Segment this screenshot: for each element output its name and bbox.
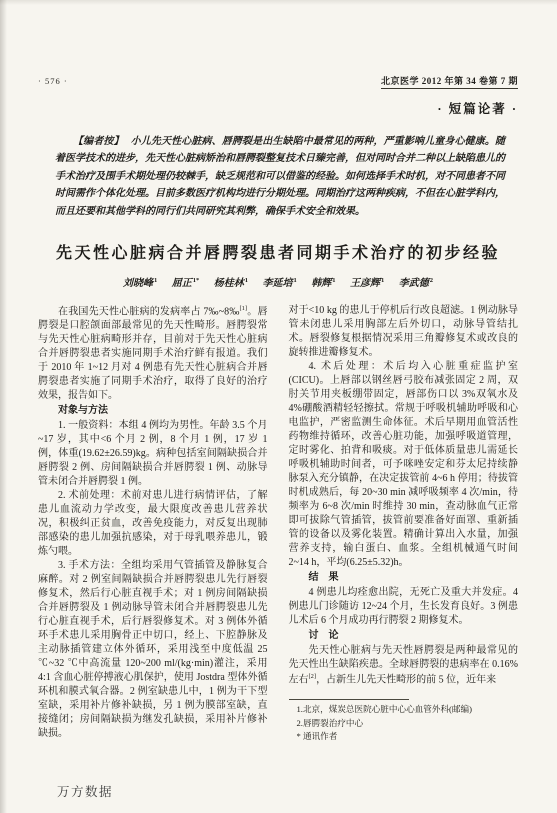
- footnote-affiliation-2: 2.唇腭裂治疗中心: [289, 717, 519, 730]
- article-title: 先天性心脏病合并唇腭裂患者同期手术治疗的初步经验: [38, 240, 518, 263]
- paragraph-results: 4 例患儿均痊愈出院，无死亡及重大并发症。4 例患儿门诊随访 12~24 个月，…: [289, 586, 519, 628]
- editor-note-label: 【编者按】: [73, 136, 124, 147]
- author-affiliation-mark: 1: [294, 277, 297, 284]
- editor-note-text: 小儿先天性心脏病、唇腭裂是出生缺陷中最常见的两种，严重影响儿童身心健康。随着医学…: [55, 136, 505, 217]
- right-column: 对于<10 kg 的患儿于停机后行改良超滤。1 例动脉导管未闭患儿采用胸部左后外…: [289, 304, 519, 743]
- author: 刘晓峰1: [123, 278, 157, 289]
- left-column: 在我国先天性心脏病的发病率占 7‰~8‰[1]。唇腭裂是口腔颌面部最常见的先天性…: [38, 304, 268, 743]
- journal-issue-header: 北京医学 2012 年第 34 卷第 7 期: [381, 74, 518, 89]
- paragraph-surgical-method-continued: 对于<10 kg 的患儿于停机后行改良超滤。1 例动脉导管未闭患儿采用胸部左后外…: [289, 304, 519, 360]
- paragraph-surgical-method: 3. 手术方法：全组均采用气管插管及静脉复合麻醉。对 2 例室间隔缺损合并唇腭裂…: [38, 559, 268, 741]
- page-number: · 576 ·: [38, 76, 68, 86]
- intro-text: 。唇腭裂是口腔颌面部最常见的先天性畸形。唇腭裂常与先天性心脏病畸形并存，目前对于…: [38, 306, 268, 401]
- paragraph-postop: 4. 术后处理：术后均入心脏重症监护室(CICU)。上唇部以钢丝唇弓胶布减张固定…: [289, 360, 519, 570]
- editor-note-paragraph: 【编者按】小儿先天性心脏病、唇腭裂是出生缺陷中最常见的两种，严重影响儿童身心健康…: [55, 133, 505, 220]
- author-affiliation-mark: 1: [245, 277, 248, 284]
- article-body: 在我国先天性心脏病的发病率占 7‰~8‰[1]。唇腭裂是口腔颌面部最常见的先天性…: [38, 304, 518, 743]
- discussion-text: ，占新生儿先天性畸形的前 5 位，近年来: [316, 674, 496, 685]
- author: 杨桂林1: [214, 278, 248, 289]
- author: 韩辉1: [311, 278, 335, 289]
- author-name: 王彦辉: [350, 278, 380, 289]
- paragraph-preop: 2. 术前处理：术前对患儿进行病情评估，了解患儿血流动力学改变，最大限度改善患儿…: [38, 489, 268, 559]
- reference-mark-2: [2]: [309, 673, 317, 680]
- author-affiliation-mark: 1: [381, 277, 384, 284]
- author: 李延培1: [263, 278, 297, 289]
- author-name: 屈正: [172, 278, 192, 289]
- footnote-divider: [289, 699, 409, 700]
- footnote-corresponding-author: * 通讯作者: [289, 730, 519, 743]
- intro-paragraph: 在我国先天性心脏病的发病率占 7‰~8‰[1]。唇腭裂是口腔颌面部最常见的先天性…: [38, 304, 268, 403]
- author-affiliation-mark: 1*: [193, 277, 200, 284]
- article-type-label: · 短篇论著 ·: [437, 102, 518, 116]
- section-heading-results: 结 果: [289, 571, 519, 585]
- editor-note: 【编者按】小儿先天性心脏病、唇腭裂是出生缺陷中最常见的两种，严重影响儿童身心健康…: [38, 133, 518, 220]
- paragraph-discussion: 先天性心脏病与先天性唇腭裂是两种最常见的先天性出生缺陷疾患。全球唇腭裂的患病率在…: [289, 644, 519, 687]
- author-name: 李武德: [399, 278, 429, 289]
- author: 王彦辉1: [350, 278, 384, 289]
- intro-text: 在我国先天性心脏病的发病率占 7‰~8‰: [58, 306, 240, 317]
- section-heading-discussion: 讨 论: [289, 629, 519, 643]
- journal-page: · 576 · 北京医学 2012 年第 34 卷第 7 期 · 短篇论著 · …: [0, 0, 557, 813]
- reference-mark-1: [1]: [240, 305, 248, 312]
- author-name: 杨桂林: [214, 278, 244, 289]
- article-type-row: · 短篇论著 ·: [38, 99, 518, 118]
- wanfang-watermark: 万方数据: [57, 782, 113, 800]
- paragraph-general-data: 1. 一般资料：本组 4 例均为男性。年龄 3.5 个月~17 岁，其中<6 个…: [38, 419, 268, 489]
- section-heading-methods: 对象与方法: [38, 404, 268, 418]
- author-list: 刘晓峰1 屈正1* 杨桂林1 李延培1 韩辉1 王彦辉1 李武德2: [38, 274, 518, 289]
- page-header: · 576 · 北京医学 2012 年第 34 卷第 7 期: [38, 74, 518, 89]
- footnotes: 1.北京，煤炭总医院心脏中心心血管外科(邮编) 2.唇腭裂治疗中心 * 通讯作者: [289, 699, 519, 743]
- author-name: 刘晓峰: [123, 278, 153, 289]
- author-affiliation-mark: 1: [154, 277, 157, 284]
- author-affiliation-mark: 1: [332, 277, 335, 284]
- author-affiliation-mark: 2: [430, 277, 433, 284]
- author: 屈正1*: [172, 278, 200, 289]
- author: 李武德2: [399, 278, 433, 289]
- author-name: 韩辉: [311, 278, 331, 289]
- footnote-affiliation-1: 1.北京，煤炭总医院心脏中心心血管外科(邮编): [289, 703, 519, 716]
- author-name: 李延培: [263, 278, 293, 289]
